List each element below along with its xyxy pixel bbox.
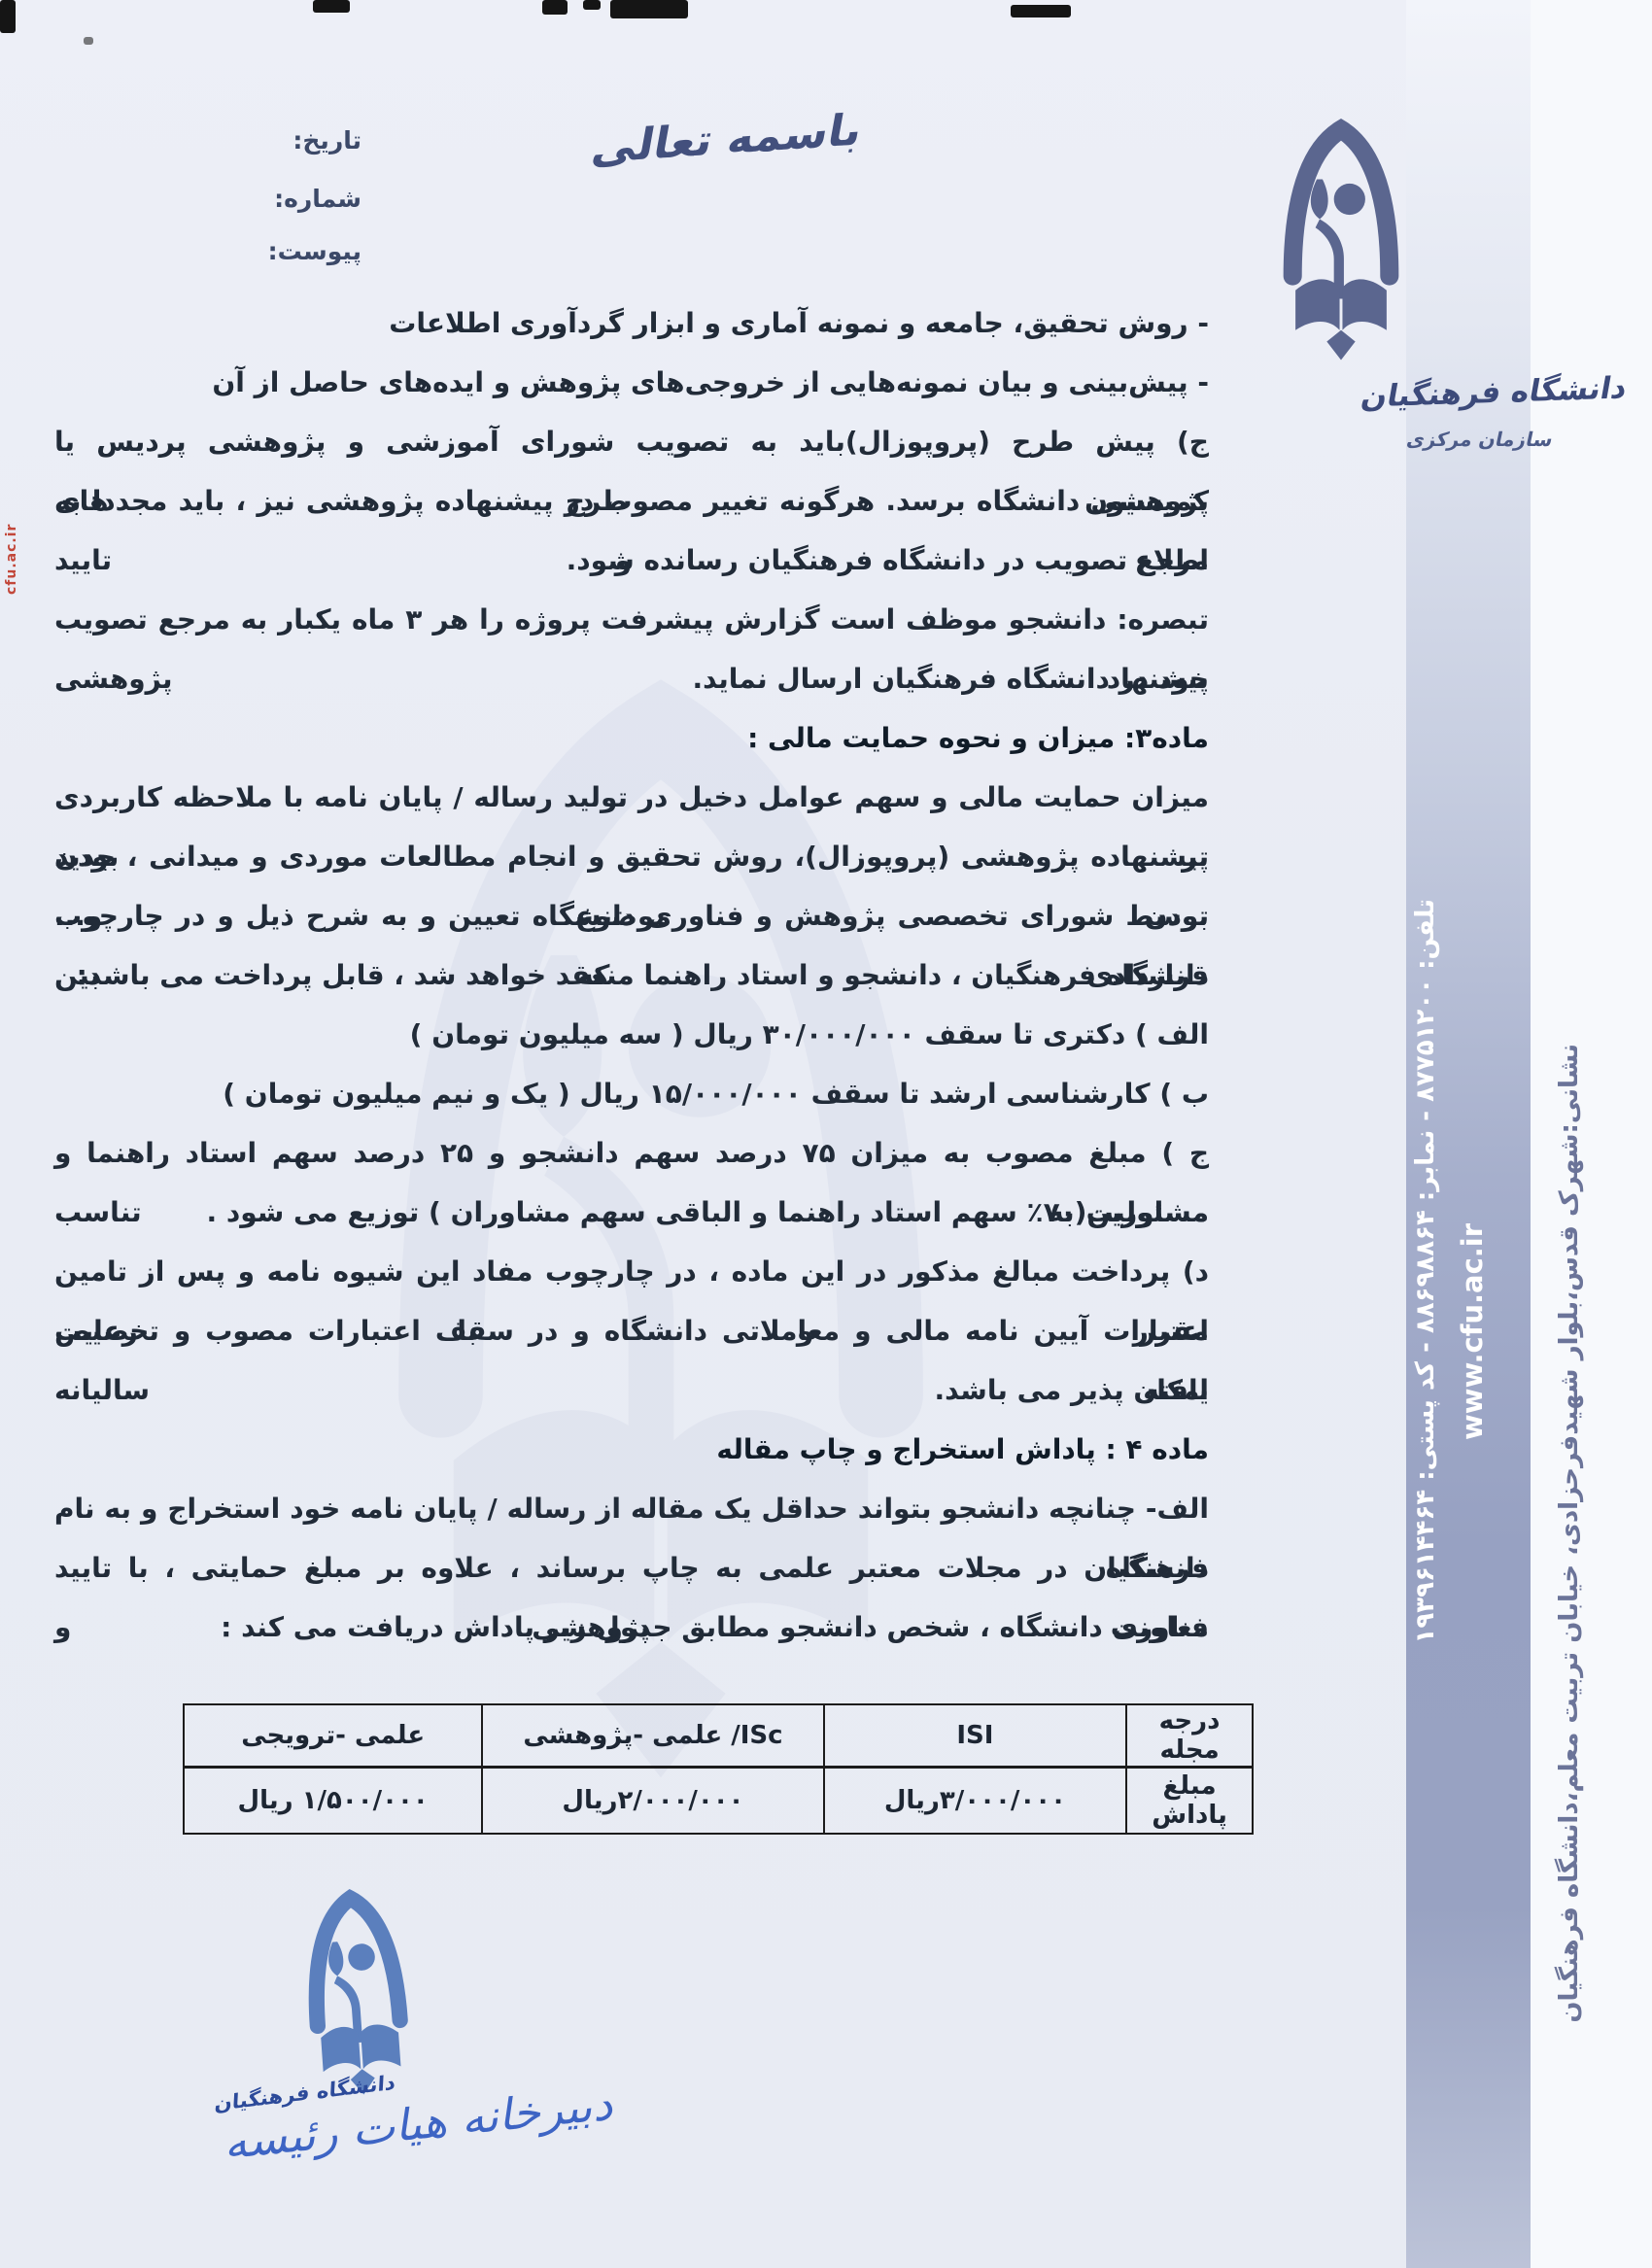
body-line: الف ) دکتری تا سقف ۳۰/۰۰۰/۰۰۰ ریال ( سه … — [54, 1005, 1209, 1064]
table-cell: ISI — [824, 1704, 1127, 1768]
body-line: ماده۳: میزان و نحوه حمایت مالی : — [54, 708, 1209, 768]
body-line: ماده ۴ : پاداش استخراج و چاپ مقاله — [54, 1420, 1209, 1479]
table-cell: ۳/۰۰۰/۰۰۰ریال — [824, 1768, 1127, 1835]
body-line: تبصره: دانشجو موظف است گزارش پیشرفت پروژ… — [54, 590, 1209, 649]
university-logo-icon — [1256, 117, 1427, 361]
body-line: ج ) مبلغ مصوب به میزان ۷۵ درصد سهم دانشج… — [54, 1123, 1209, 1183]
scan-artifact — [583, 0, 601, 10]
number-label: شماره: — [241, 185, 361, 213]
body-line: - پیش‌بینی و بیان نمونه‌هایی از خروجی‌ها… — [54, 353, 1209, 412]
scan-artifact — [1011, 5, 1071, 17]
scan-artifact — [610, 0, 688, 18]
table-cell: ۱/۵۰۰/۰۰۰ ریال — [184, 1768, 482, 1835]
body-line: - روش تحقیق، جامعه و نمونه آماری و ابزار… — [54, 293, 1209, 353]
scan-artifact — [313, 0, 350, 13]
document-body: - روش تحقیق، جامعه و نمونه آماری و ابزار… — [54, 293, 1209, 1657]
edge-watermark-text: cfu.ac.ir — [4, 524, 19, 595]
body-line: توسط شورای تخصصی پژوهش و فناوری دانشگاه … — [54, 886, 1209, 945]
scanned-letter-page: باسمه تعالی تاریخ: شماره: پیوست: دانشگاه… — [0, 0, 1652, 2268]
date-label: تاریخ: — [241, 126, 361, 155]
table-cell: درجه مجله — [1126, 1704, 1253, 1768]
body-line: فناوری دانشگاه ، شخص دانشجو مطابق جدول ز… — [54, 1598, 1209, 1657]
body-line: میزان حمایت مالی و سهم عوامل دخیل در تول… — [54, 768, 1209, 827]
address-vertical-text: نشانی:شهرک قدس،بلوار شهیدفرحزادی، خیابان… — [1555, 1044, 1584, 2264]
website-vertical-text: www.cfu.ac.ir — [1456, 1226, 1489, 1440]
table-cell: علمی -ترویجی — [184, 1704, 482, 1768]
attachment-label: پیوست: — [241, 237, 361, 265]
body-line: ب ) کارشناسی ارشد تا سقف ۱۵/۰۰۰/۰۰۰ ریال… — [54, 1064, 1209, 1123]
body-line: پژوهشی دانشگاه برسد. هرگونه تغییر مصوب د… — [54, 471, 1209, 531]
body-line: پیشنهاده پژوهشی (پروپوزال)، روش تحقیق و … — [54, 827, 1209, 886]
page-right-margin — [1531, 0, 1652, 2268]
body-line: الف- چنانچه دانشجو بتواند حداقل یک مقاله… — [54, 1479, 1209, 1538]
scan-artifact — [0, 0, 16, 33]
stamp-logo-icon — [277, 1882, 437, 2101]
body-line: د) پرداخت مبالغ مذکور در این ماده ، در چ… — [54, 1242, 1209, 1301]
phone-vertical-text: تلفن: ۸۷۷۵۱۲۰۰ - نمابر: ۸۸۶۹۸۸۶۴ - کد پس… — [1411, 899, 1440, 1939]
scan-artifact — [84, 37, 93, 45]
body-line: مقررات آیین نامه مالی و معاملاتی دانشگاه… — [54, 1301, 1209, 1360]
organization-name: سازمان مرکزی — [1404, 428, 1555, 451]
table-header-row: درجه مجلهISIISc/ علمی -پژوهشیعلمی -ترویج… — [184, 1704, 1253, 1768]
body-line: ج) پیش طرح (پروپوزال)باید به تصویب شورای… — [54, 412, 1209, 471]
table-value-row: مبلغ پاداش۳/۰۰۰/۰۰۰ریال۲/۰۰۰/۰۰۰ریال۱/۵۰… — [184, 1768, 1253, 1835]
scan-artifact — [542, 0, 568, 15]
body-line: فرهنگیان در مجلات معتبر علمی به چاپ برسا… — [54, 1538, 1209, 1598]
bismillah-text: باسمه تعالی — [588, 104, 866, 174]
table-cell: ISc/ علمی -پژوهشی — [482, 1704, 823, 1768]
reward-table: درجه مجلهISIISc/ علمی -پژوهشیعلمی -ترویج… — [183, 1703, 1254, 1835]
body-line: مسئولیت ۷۰٪ سهم استاد راهنما و الباقی سه… — [54, 1183, 1209, 1242]
table-cell: مبلغ پاداش — [1126, 1768, 1253, 1835]
body-line: دانشگاه فرهنگیان ، دانشجو و استاد راهنما… — [54, 945, 1209, 1005]
table-cell: ۲/۰۰۰/۰۰۰ریال — [482, 1768, 823, 1835]
